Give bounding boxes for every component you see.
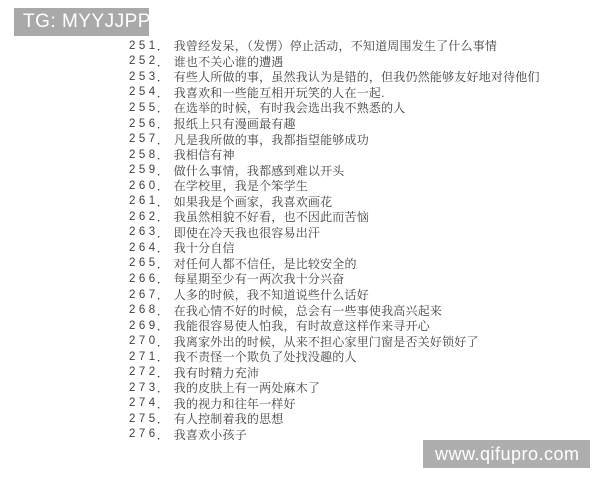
list-item: 264 ． 我十分自信	[129, 240, 540, 256]
item-number-period: ．	[157, 53, 169, 70]
item-number-period: ．	[157, 302, 169, 319]
item-number: 263	[129, 226, 159, 238]
item-number: 274	[129, 397, 159, 409]
item-number-period: ．	[157, 317, 169, 334]
watermark: www.qifupro.com	[423, 440, 590, 468]
item-number: 270	[129, 335, 159, 347]
item-number-period: ．	[157, 333, 169, 350]
list-item: 272 ． 我有时精力充沛	[129, 364, 540, 380]
item-text: 我喜欢和一些能互相开玩笑的人在一起.	[174, 84, 385, 101]
list-item: 254 ． 我喜欢和一些能互相开玩笑的人在一起.	[129, 85, 540, 101]
list-item: 255 ． 在选举的时候，有时我会选出我不熟悉的人	[129, 100, 540, 116]
item-number: 260	[129, 180, 159, 192]
item-number-period: ．	[157, 270, 169, 287]
item-text: 凡是我所做的事，我都指望能够成功	[174, 131, 369, 148]
item-number: 254	[129, 86, 159, 98]
list-item: 273 ． 我的皮肤上有一两处麻木了	[129, 380, 540, 396]
item-text: 我有时精力充沛	[174, 364, 259, 381]
item-number: 272	[129, 366, 159, 378]
list-item: 269 ． 我能很容易使人怕我，有时故意这样作来寻开心	[129, 318, 540, 334]
item-text: 有些人所做的事，虽然我认为是错的，但我仍然能够友好地对待他们	[174, 68, 540, 85]
item-number-period: ．	[157, 348, 169, 365]
item-number: 253	[129, 71, 159, 83]
list-item: 267 ． 人多的时候，我不知道说些什么话好	[129, 287, 540, 303]
item-number: 276	[129, 428, 159, 440]
item-number-period: ．	[157, 239, 169, 256]
item-number-period: ．	[157, 255, 169, 272]
item-number: 255	[129, 102, 159, 114]
item-text: 在我心情不好的时候，总会有一些事使我高兴起来	[174, 302, 442, 319]
item-number: 267	[129, 289, 159, 301]
item-text: 对任何人都不信任，是比较安全的	[174, 255, 357, 272]
item-number-period: ．	[157, 177, 169, 194]
item-text: 我不责怪一个欺负了处找没趣的人	[174, 348, 357, 365]
list-item: 274 ． 我的视力和往年一样好	[129, 396, 540, 412]
item-text: 我虽然相貌不好看，也不因此而苦恼	[174, 208, 369, 225]
list-item: 259 ． 做什么事情，我都感到难以开头	[129, 162, 540, 178]
item-number: 265	[129, 257, 159, 269]
item-number: 273	[129, 382, 159, 394]
list-item: 275 ． 有人控制着我的思想	[129, 411, 540, 427]
item-text: 我离家外出的时候，从来不担心家里门窗是否关好锁好了	[174, 333, 479, 350]
item-number: 268	[129, 304, 159, 316]
item-number: 269	[129, 320, 159, 332]
list-item: 262 ． 我虽然相貌不好看，也不因此而苦恼	[129, 209, 540, 225]
item-number-period: ．	[157, 99, 169, 116]
question-list: 251 ． 我曾经发呆，（发愣）停止活动，不知道周围发生了什么事情 252 ． …	[129, 38, 540, 442]
item-text: 做什么事情，我都感到难以开头	[174, 162, 345, 179]
item-number-period: ．	[157, 193, 169, 210]
list-item: 258 ． 我相信有神	[129, 147, 540, 163]
item-number-period: ．	[157, 84, 169, 101]
item-text: 人多的时候，我不知道说些什么话好	[174, 286, 369, 303]
item-number-period: ．	[157, 395, 169, 412]
item-number-period: ．	[157, 115, 169, 132]
item-text: 报纸上只有漫画最有趣	[174, 115, 296, 132]
item-number: 271	[129, 351, 159, 363]
item-number: 259	[129, 164, 159, 176]
item-number-period: ．	[157, 379, 169, 396]
item-number-period: ．	[157, 286, 169, 303]
item-number-period: ．	[157, 162, 169, 179]
item-number: 264	[129, 242, 159, 254]
list-item: 257 ． 凡是我所做的事，我都指望能够成功	[129, 131, 540, 147]
list-item: 263 ． 即使在冷天我也很容易出汗	[129, 225, 540, 241]
item-number: 275	[129, 413, 159, 425]
item-text: 我喜欢小孩子	[174, 426, 247, 443]
list-item: 260 ． 在学校里，我是个笨学生	[129, 178, 540, 194]
item-text: 我的皮肤上有一两处麻木了	[174, 379, 320, 396]
item-text: 我相信有神	[174, 146, 235, 163]
list-item: 268 ． 在我心情不好的时候，总会有一些事使我高兴起来	[129, 302, 540, 318]
item-number: 258	[129, 149, 159, 161]
item-text: 在学校里，我是个笨学生	[174, 177, 308, 194]
item-number-period: ．	[157, 410, 169, 427]
item-number: 251	[129, 40, 159, 52]
list-item: 256 ． 报纸上只有漫画最有趣	[129, 116, 540, 132]
item-text: 有人控制着我的思想	[174, 410, 284, 427]
list-item: 271 ． 我不责怪一个欺负了处找没趣的人	[129, 349, 540, 365]
item-text: 谁也不关心谁的遭遇	[174, 53, 284, 70]
item-number: 252	[129, 55, 159, 67]
item-text: 在选举的时候，有时我会选出我不熟悉的人	[174, 99, 406, 116]
item-number-period: ．	[157, 146, 169, 163]
list-item: 265 ． 对任何人都不信任，是比较安全的	[129, 256, 540, 272]
item-number: 257	[129, 133, 159, 145]
item-text: 我能很容易使人怕我，有时故意这样作来寻开心	[174, 317, 430, 334]
item-number-period: ．	[157, 208, 169, 225]
item-number-period: ．	[157, 37, 169, 54]
list-item: 261 ． 如果我是个画家，我喜欢画花	[129, 193, 540, 209]
list-item: 253 ． 有些人所做的事，虽然我认为是错的，但我仍然能够友好地对待他们	[129, 69, 540, 85]
item-number: 266	[129, 273, 159, 285]
item-number-period: ．	[157, 364, 169, 381]
header-tag: TG: MYYJJPP	[14, 8, 149, 36]
item-number: 261	[129, 195, 159, 207]
item-text: 我曾经发呆，（发愣）停止活动，不知道周围发生了什么事情	[174, 37, 497, 54]
item-number: 256	[129, 118, 159, 130]
item-number-period: ．	[157, 68, 169, 85]
item-text: 如果我是个画家，我喜欢画花	[174, 193, 333, 210]
item-number-period: ．	[157, 224, 169, 241]
item-text: 我的视力和往年一样好	[174, 395, 296, 412]
item-text: 每星期至少有一两次我十分兴奋	[174, 270, 345, 287]
item-text: 我十分自信	[174, 239, 235, 256]
list-item: 251 ． 我曾经发呆，（发愣）停止活动，不知道周围发生了什么事情	[129, 38, 540, 54]
item-number: 262	[129, 211, 159, 223]
list-item: 266 ． 每星期至少有一两次我十分兴奋	[129, 271, 540, 287]
item-text: 即使在冷天我也很容易出汗	[174, 224, 320, 241]
list-item: 252 ． 谁也不关心谁的遭遇	[129, 54, 540, 70]
document-page: TG: MYYJJPP 251 ． 我曾经发呆，（发愣）停止活动，不知道周围发生…	[0, 0, 600, 480]
item-number-period: ．	[157, 131, 169, 148]
list-item: 270 ． 我离家外出的时候，从来不担心家里门窗是否关好锁好了	[129, 333, 540, 349]
item-number-period: ．	[157, 426, 169, 443]
